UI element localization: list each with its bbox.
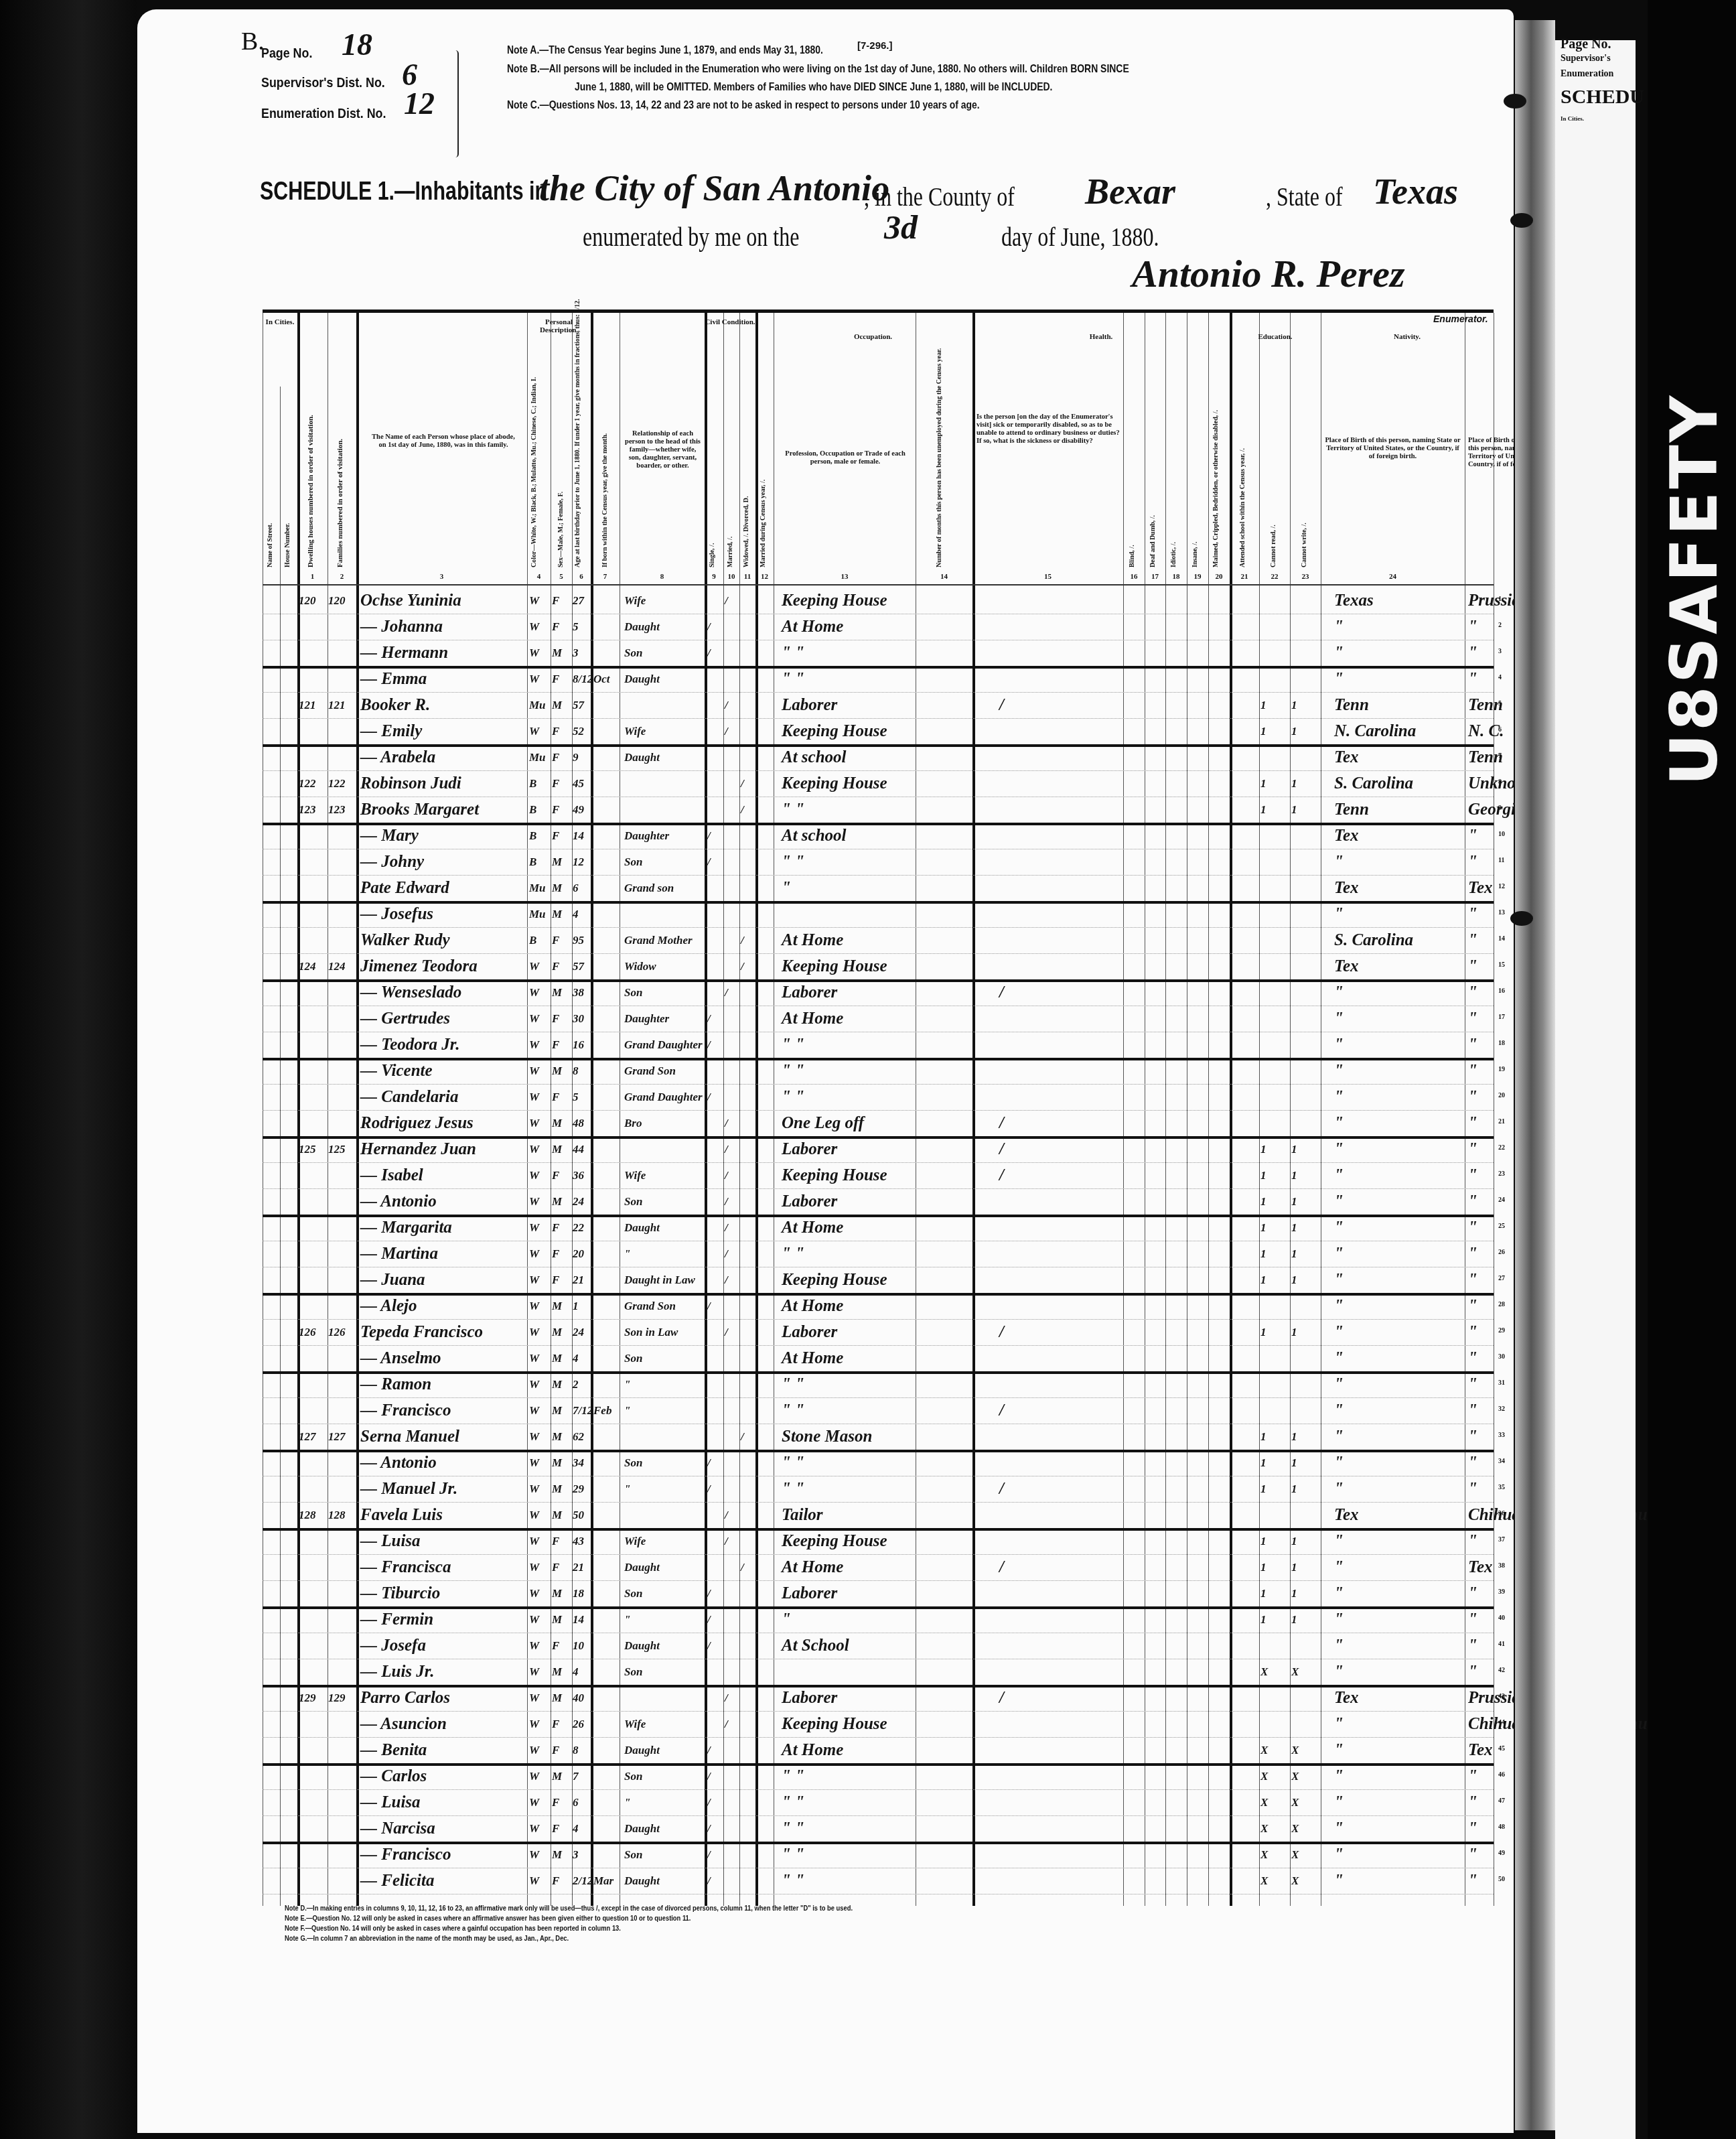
line-number: 39	[1498, 1588, 1505, 1596]
cell-sex: F	[552, 1033, 572, 1057]
col-2: Families numbered in order of visitation…	[336, 400, 344, 567]
adjacent-supervisor-label: Supervisor's	[1561, 54, 1611, 64]
cell-birth: N. Carolina	[1334, 719, 1465, 744]
cell-birth: S. Carolina	[1334, 928, 1465, 953]
cell-fam	[328, 1242, 356, 1266]
table-row: — JosefaWF10DaughtAt School"""/41	[263, 1633, 1494, 1659]
cell-name: Brooks Margaret	[360, 798, 528, 822]
table-row: — FelicitaWF2/12MarDaught" "XX"""/50	[263, 1868, 1494, 1894]
place-value: the City of San Antonio	[539, 167, 889, 209]
colnum-20: 20	[1208, 573, 1230, 581]
cell-color: Mu	[529, 746, 551, 770]
cell-name: — Benita	[360, 1738, 528, 1763]
table-row: — Luis Jr.WM4SonXX"""42	[263, 1659, 1494, 1687]
cell-dw: 123	[299, 798, 328, 822]
cell-fam	[328, 1190, 356, 1214]
cell-rel: Daught	[624, 667, 705, 691]
cell-birth: "	[1334, 1556, 1465, 1580]
cell-c15: /	[999, 981, 1039, 1005]
cell-sex: F	[552, 1164, 572, 1188]
cell-birth: "	[1334, 1608, 1465, 1632]
cell-rel: Son	[624, 1190, 705, 1214]
adjacent-page-label: Page No.	[1561, 37, 1611, 52]
cell-rel: Grand Mother	[624, 928, 705, 953]
cell-month	[593, 772, 620, 796]
cell-sex: M	[552, 1843, 572, 1867]
cell-age: 8/12	[573, 667, 591, 691]
cell-read	[1260, 746, 1290, 770]
table-row: 125125Hernandez JuanWM44Laborer/11"""/22	[263, 1136, 1494, 1163]
cell-sex: F	[552, 1529, 572, 1554]
colnum-5: 5	[551, 573, 572, 581]
cell-name: Rodriguez Jesus	[360, 1111, 528, 1135]
cell-age: 95	[573, 928, 591, 953]
cell-dw	[299, 1451, 328, 1475]
table-row: — VicenteWM8Grand Son" """"19	[263, 1058, 1494, 1085]
cell-age: 3	[573, 641, 591, 665]
cell-sex: M	[552, 981, 572, 1005]
cell-write: X	[1291, 1869, 1321, 1893]
note-g: Note G.—In column 7 an abbreviation in t…	[285, 1934, 853, 1944]
cell-name: Parro Carlos	[360, 1686, 528, 1710]
binding-hole	[1510, 213, 1533, 228]
table-row: 127127Serna ManuelWM62Stone Mason11"""/3…	[263, 1424, 1494, 1452]
cell-fam	[328, 1007, 356, 1031]
line-number: 37	[1498, 1536, 1505, 1543]
table-row: — AntonioWM34Son" "11"""/34	[263, 1450, 1494, 1476]
table-row: — FerminWM14""11"""/40	[263, 1606, 1494, 1633]
cell-age: 9	[573, 746, 591, 770]
colnum-22: 22	[1259, 573, 1290, 581]
cell-occ: Keeping House	[782, 1268, 916, 1292]
cell-occ: " "	[782, 1373, 916, 1397]
line-number: 15	[1498, 961, 1505, 969]
cell-fam: 120	[328, 589, 356, 613]
table-row: Pate EdwardMuM6Grand son"TexTexTex12	[263, 875, 1494, 904]
cell-dw	[299, 1556, 328, 1580]
cell-birth: "	[1334, 1869, 1465, 1893]
cell-fam	[328, 824, 356, 848]
cell-name: — Arabela	[360, 746, 528, 770]
table-row: 124124Jimenez TeodoraWF57WidowKeeping Ho…	[263, 953, 1494, 982]
cell-read	[1260, 1085, 1290, 1109]
cell-rel: Son	[624, 1843, 705, 1867]
cell-occ: " "	[782, 798, 916, 822]
colnum-21: 21	[1230, 573, 1259, 581]
cell-occ: At Home	[782, 615, 916, 639]
col-20: Maimed, Crippled, Bedridden, or otherwis…	[1212, 353, 1220, 567]
cell-color: W	[529, 1817, 551, 1841]
cell-read: X	[1260, 1817, 1290, 1841]
cell-fam	[328, 902, 356, 926]
note-c: Note C.—Questions Nos. 13, 14, 22 and 23…	[507, 98, 980, 112]
cell-rel: "	[624, 1373, 705, 1397]
cell-write: 1	[1291, 1268, 1321, 1292]
cell-sex: M	[552, 1451, 572, 1475]
cell-month	[593, 1451, 620, 1475]
note-a: Note A.—The Census Year begins June 1, 1…	[507, 44, 823, 57]
footnotes: Note D.—In making entries in columns 9, …	[285, 1904, 953, 1944]
cell-fam	[328, 1608, 356, 1632]
cell-write	[1291, 1294, 1321, 1318]
colnum-8: 8	[620, 573, 705, 581]
cell-c15	[999, 1268, 1039, 1292]
cell-age: 2/12	[573, 1869, 591, 1893]
cell-occ: " "	[782, 1059, 916, 1083]
cell-dw	[299, 1033, 328, 1057]
cell-write	[1291, 928, 1321, 953]
cell-c15: /	[999, 1556, 1039, 1580]
cell-read: 1	[1260, 1451, 1290, 1475]
cell-age: 57	[573, 693, 591, 717]
table-row: — JohannaWF5DaughtAt Home"""/2	[263, 614, 1494, 640]
colnum-11: 11	[739, 573, 755, 581]
cell-sex: F	[552, 1634, 572, 1658]
civil-condition-mark: /	[707, 1451, 721, 1475]
cell-write	[1291, 1712, 1321, 1736]
cell-fam	[328, 641, 356, 665]
line-number: 12	[1498, 883, 1505, 890]
cell-birth: "	[1334, 1477, 1465, 1501]
cell-birth: "	[1334, 1791, 1465, 1815]
cell-name: Pate Edward	[360, 876, 528, 900]
cell-fam: 129	[328, 1686, 356, 1710]
cell-fam	[328, 1843, 356, 1867]
note-f: Note F.—Question No. 14 will only be ask…	[285, 1924, 853, 1934]
cell-occ: Laborer	[782, 1582, 916, 1606]
cell-occ: Keeping House	[782, 1164, 916, 1188]
cell-read: X	[1260, 1738, 1290, 1763]
table-row: — JuanaWF21Daught in LawKeeping House11"…	[263, 1267, 1494, 1296]
cell-fam: 125	[328, 1137, 356, 1162]
cell-fam	[328, 1164, 356, 1188]
cell-age: 24	[573, 1190, 591, 1214]
cell-month	[593, 850, 620, 874]
cell-age: 21	[573, 1268, 591, 1292]
cell-age: 20	[573, 1242, 591, 1266]
line-number: 50	[1498, 1876, 1505, 1883]
cell-c15: /	[999, 1686, 1039, 1710]
cell-rel: "	[624, 1399, 705, 1423]
cell-fam: 124	[328, 955, 356, 979]
cell-birth: Tex	[1334, 824, 1465, 848]
month-year-label: day of June, 1880.	[1001, 221, 1159, 253]
cell-occ: " "	[782, 667, 916, 691]
cell-occ: Laborer	[782, 1686, 916, 1710]
census-table: In Cities. Personal Description. Civil C…	[263, 309, 1494, 1906]
cell-read: 1	[1260, 1425, 1290, 1449]
cell-c15	[999, 1294, 1039, 1318]
cell-write	[1291, 1347, 1321, 1371]
cell-sex: F	[552, 1556, 572, 1580]
civil-condition-mark: /	[707, 1085, 721, 1109]
cell-birth: "	[1334, 1007, 1465, 1031]
cell-month	[593, 641, 620, 665]
cell-birth: "	[1334, 1660, 1465, 1684]
cell-birth: "	[1334, 1529, 1465, 1554]
line-number: 20	[1498, 1092, 1505, 1099]
cell-read	[1260, 1007, 1290, 1031]
cell-month	[593, 746, 620, 770]
cell-month: Feb	[593, 1399, 620, 1423]
cell-occ: Keeping House	[782, 1529, 916, 1554]
cell-write: X	[1291, 1660, 1321, 1684]
table-row: 129129Parro CarlosWM40Laborer/TexPrussia…	[263, 1685, 1494, 1712]
cell-birth: "	[1334, 850, 1465, 874]
cell-write	[1291, 1059, 1321, 1083]
cell-age: 8	[573, 1059, 591, 1083]
line-number: 28	[1498, 1301, 1505, 1308]
civil-condition-mark: /	[707, 1765, 721, 1789]
supervisor-label: Supervisor's Dist. No.	[261, 75, 385, 91]
cell-fam	[328, 1556, 356, 1580]
table-row: — MargaritaWF22DaughtAt Home11"""/25	[263, 1215, 1494, 1241]
cell-sex: M	[552, 1765, 572, 1789]
cell-read: 1	[1260, 1190, 1290, 1214]
cell-color: W	[529, 719, 551, 744]
col-house: House Number.	[284, 467, 291, 567]
cell-age: 3	[573, 1843, 591, 1867]
cell-month	[593, 1033, 620, 1057]
film-safety-lettering: U8SAFETY	[1664, 154, 1725, 1025]
civil-condition-mark: /	[707, 1869, 721, 1893]
cell-occ: At Home	[782, 1216, 916, 1240]
cell-age: 40	[573, 1686, 591, 1710]
col-3: The Name of each Person whose place of a…	[370, 433, 517, 450]
cell-color: Mu	[529, 693, 551, 717]
cell-read: 1	[1260, 1216, 1290, 1240]
cell-name: — Josefa	[360, 1634, 528, 1658]
cell-birth: "	[1334, 1190, 1465, 1214]
cell-age: 29	[573, 1477, 591, 1501]
cell-read	[1260, 1503, 1290, 1527]
cell-color: W	[529, 1712, 551, 1736]
cell-month	[593, 1712, 620, 1736]
cell-name: — Francisca	[360, 1556, 528, 1580]
cell-month	[593, 1164, 620, 1188]
cell-occ: " "	[782, 641, 916, 665]
cell-write	[1291, 824, 1321, 848]
cell-occ: " "	[782, 1451, 916, 1475]
cell-rel: Grand Daughter	[624, 1085, 705, 1109]
cell-sex: F	[552, 1007, 572, 1031]
cell-color: W	[529, 1007, 551, 1031]
colnum-2: 2	[328, 573, 356, 581]
enumeration-label: Enumeration Dist. No.	[261, 106, 386, 122]
cell-color: W	[529, 589, 551, 613]
cell-write	[1291, 1085, 1321, 1109]
cell-sex: F	[552, 928, 572, 953]
cell-fam	[328, 1869, 356, 1893]
cell-name: — Antonio	[360, 1451, 528, 1475]
cell-write: 1	[1291, 1582, 1321, 1606]
cell-c15	[999, 955, 1039, 979]
cell-dw	[299, 1660, 328, 1684]
cell-read	[1260, 1634, 1290, 1658]
cell-c15	[999, 798, 1039, 822]
table-row: 120120Ochse YuniniaWF27WifeKeeping House…	[263, 588, 1494, 614]
cell-occ: " "	[782, 850, 916, 874]
colnum-10: 10	[723, 573, 739, 581]
cell-read: 1	[1260, 1529, 1290, 1554]
cell-write	[1291, 641, 1321, 665]
cell-birth: Tex	[1334, 876, 1465, 900]
cell-sex: M	[552, 1373, 572, 1397]
cell-name: — Hermann	[360, 641, 528, 665]
cell-read	[1260, 1111, 1290, 1135]
cell-write: 1	[1291, 1556, 1321, 1580]
cell-fam: 122	[328, 772, 356, 796]
line-number: 46	[1498, 1771, 1505, 1779]
cell-rel: Son	[624, 981, 705, 1005]
cell-month	[593, 1242, 620, 1266]
cell-rel: Daught	[624, 1634, 705, 1658]
cell-c15	[999, 928, 1039, 953]
cell-c15	[999, 615, 1039, 639]
cell-month	[593, 1477, 620, 1501]
cell-occ: At school	[782, 746, 916, 770]
cell-rel: Daught	[624, 1817, 705, 1841]
cell-color: W	[529, 1765, 551, 1789]
line-number: 4	[1498, 674, 1502, 681]
cell-name: Hernandez Juan	[360, 1137, 528, 1162]
cell-fam	[328, 1373, 356, 1397]
cell-fam	[328, 1712, 356, 1736]
cell-c15	[999, 1059, 1039, 1083]
cell-month: Oct	[593, 667, 620, 691]
adjacent-page	[1555, 40, 1636, 2139]
cell-c15: /	[999, 1477, 1039, 1501]
cell-dw	[299, 876, 328, 900]
cell-write	[1291, 1686, 1321, 1710]
cell-rel: Wife	[624, 589, 705, 613]
cell-month	[593, 798, 620, 822]
cell-write	[1291, 746, 1321, 770]
cell-occ: Laborer	[782, 693, 916, 717]
cell-c15: /	[999, 1399, 1039, 1423]
adjacent-enumeration-label: Enumeration	[1561, 69, 1613, 80]
cell-dw: 126	[299, 1320, 328, 1344]
cell-fam	[328, 719, 356, 744]
cell-fam	[328, 1451, 356, 1475]
cell-write: 1	[1291, 1451, 1321, 1475]
cell-read	[1260, 1373, 1290, 1397]
cell-read: 1	[1260, 1556, 1290, 1580]
cell-month	[593, 1294, 620, 1318]
colnum-24: 24	[1321, 573, 1465, 581]
cell-read	[1260, 1033, 1290, 1057]
cell-name: — Juana	[360, 1268, 528, 1292]
cell-dw	[299, 1791, 328, 1815]
county-value: Bexar	[1085, 171, 1175, 212]
cell-name: — Ramon	[360, 1373, 528, 1397]
cell-c15	[999, 1033, 1039, 1057]
cell-color: W	[529, 667, 551, 691]
cell-birth: "	[1334, 1634, 1465, 1658]
cell-occ: " "	[782, 1085, 916, 1109]
cell-fam	[328, 1294, 356, 1318]
line-number: 14	[1498, 935, 1505, 943]
cell-c15	[999, 1190, 1039, 1214]
col-11: Widowed, /. Divorced, D.	[743, 447, 750, 567]
cell-read: 1	[1260, 1137, 1290, 1162]
cell-month	[593, 1373, 620, 1397]
cell-dw	[299, 1164, 328, 1188]
col-1: Dwelling houses numbered in order of vis…	[307, 380, 315, 567]
cell-fam	[328, 1477, 356, 1501]
cell-color: W	[529, 1347, 551, 1371]
cell-age: 4	[573, 1817, 591, 1841]
cell-write: 1	[1291, 1529, 1321, 1554]
cell-month	[593, 589, 620, 613]
civil-condition-mark: /	[725, 1242, 738, 1266]
cell-c15	[999, 1242, 1039, 1266]
table-row: — HermannWM3Son" """"/3	[263, 640, 1494, 669]
cell-read	[1260, 1059, 1290, 1083]
cell-sex: F	[552, 1712, 572, 1736]
cell-occ: Keeping House	[782, 589, 916, 613]
civil-condition-mark: /	[725, 1529, 738, 1554]
line-number: 33	[1498, 1432, 1505, 1439]
cell-write: 1	[1291, 1164, 1321, 1188]
cell-month	[593, 955, 620, 979]
cell-fam	[328, 1529, 356, 1554]
cell-dw	[299, 1765, 328, 1789]
cell-month	[593, 693, 620, 717]
cell-c15	[999, 1529, 1039, 1554]
cell-c15	[999, 1007, 1039, 1031]
col-6: Age at last birthday prior to June 1, 18…	[574, 350, 581, 567]
cell-name: — Johanna	[360, 615, 528, 639]
line-number: 16	[1498, 987, 1505, 995]
cell-sex: F	[552, 1738, 572, 1763]
civil-condition-mark: /	[725, 693, 738, 717]
cell-rel: Son	[624, 1347, 705, 1371]
table-row: 128128Favela LuisWM50TailorTexChihuahuaC…	[263, 1502, 1494, 1531]
cell-name: — Alejo	[360, 1294, 528, 1318]
cell-c15	[999, 1425, 1039, 1449]
col-4: Color—White, W.; Black, B.; Mulatto, Mu.…	[530, 350, 538, 567]
cell-age: 43	[573, 1529, 591, 1554]
cell-rel: "	[624, 1477, 705, 1501]
table-row: 126126Tepeda FranciscoWM24Son in LawLabo…	[263, 1319, 1494, 1346]
cell-occ: " "	[782, 1869, 916, 1893]
cell-rel: Son	[624, 850, 705, 874]
cell-month	[593, 1765, 620, 1789]
cell-birth: "	[1334, 1164, 1465, 1188]
cell-sex: M	[552, 1425, 572, 1449]
civil-condition-mark: /	[707, 1294, 721, 1318]
civil-condition-mark: /	[725, 1111, 738, 1135]
cell-age: 6	[573, 876, 591, 900]
cell-c15	[999, 1451, 1039, 1475]
cell-write: 1	[1291, 1425, 1321, 1449]
table-row: — JohnyBM12Son" """"/11	[263, 849, 1494, 876]
cell-dw	[299, 824, 328, 848]
cell-read	[1260, 928, 1290, 953]
cell-sex: F	[552, 589, 572, 613]
cell-fam	[328, 1765, 356, 1789]
cell-sex: F	[552, 1791, 572, 1815]
cell-fam	[328, 876, 356, 900]
cell-fam	[328, 1817, 356, 1841]
cell-c15	[999, 667, 1039, 691]
cell-fam	[328, 615, 356, 639]
cell-fam	[328, 1660, 356, 1684]
cell-rel	[624, 693, 705, 717]
table-row: — CandelariaWF5Grand Daughter" """"/20	[263, 1084, 1494, 1111]
cell-occ: " "	[782, 1033, 916, 1057]
